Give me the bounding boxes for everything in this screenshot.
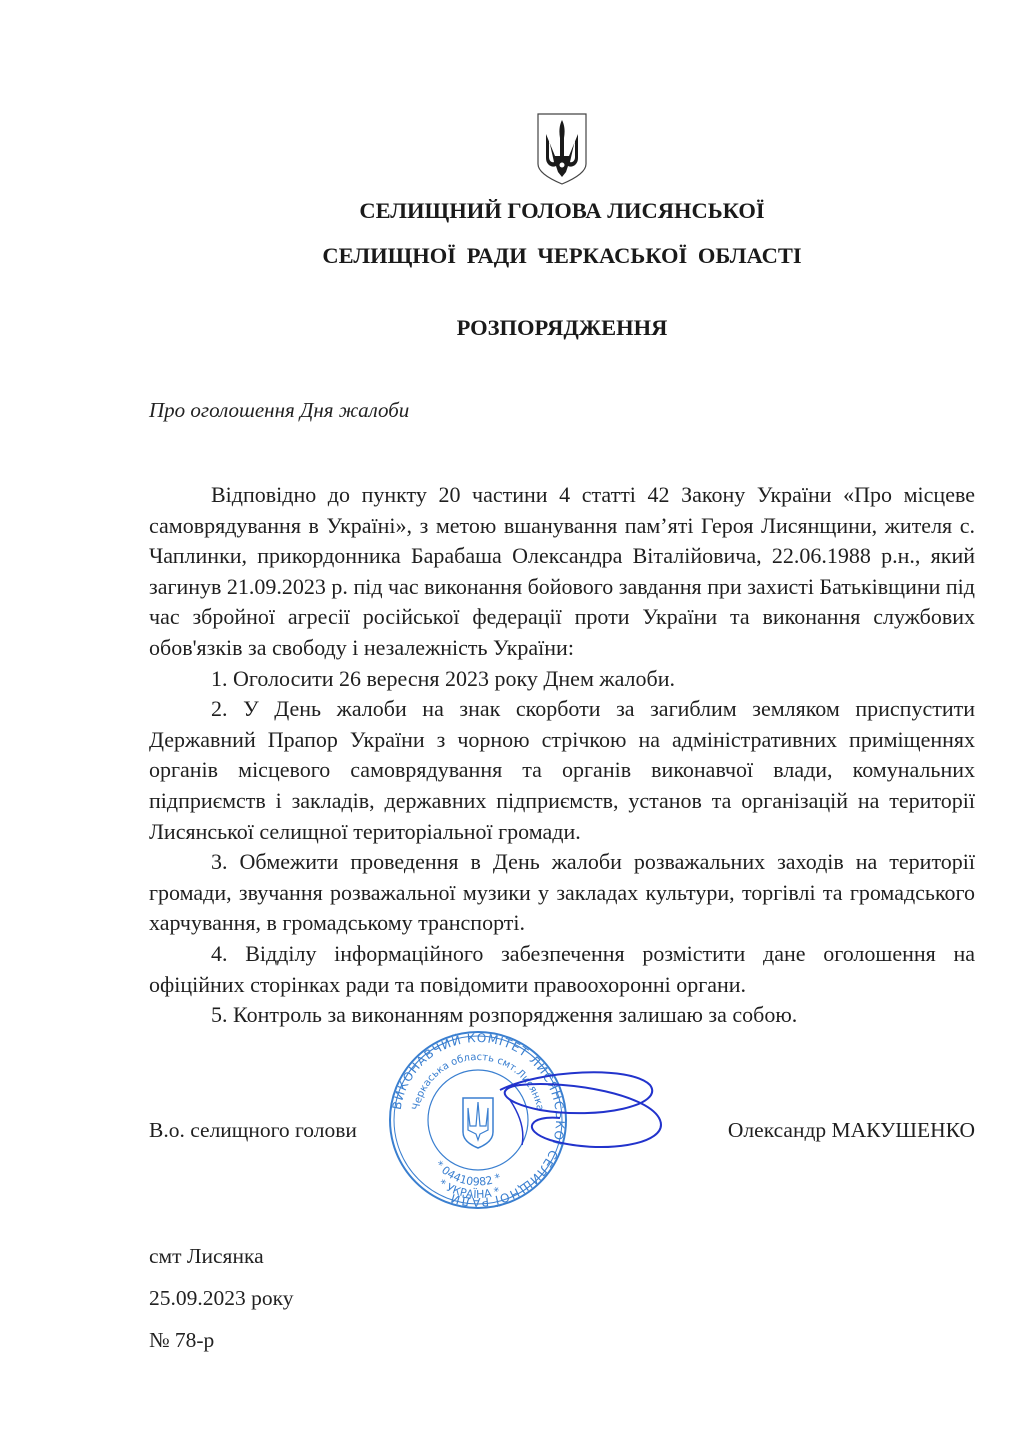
order-item-3: 3. Обмежити проведення в День жалоби роз… [149,847,975,939]
preamble-paragraph: Відповідно до пункту 20 частини 4 статті… [149,480,975,664]
document-number: № 78-р [149,1328,214,1353]
signatory-title: В.о. селищного голови [149,1118,357,1143]
document-subject: Про оголошення Дня жалоби [149,398,409,423]
document-place: смт Лисянка [149,1244,264,1269]
order-item-5: 5. Контроль за виконанням розпорядження … [149,1000,975,1031]
document-type-title: РОЗПОРЯДЖЕННЯ [0,315,1024,341]
document-date: 25.09.2023 року [149,1286,294,1311]
header-line-1: СЕЛИЩНИЙ ГОЛОВА ЛИСЯНСЬКОЇ [0,198,1024,224]
order-item-1: 1. Оголосити 26 вересня 2023 року Днем ж… [149,664,975,695]
order-item-2: 2. У День жалоби на знак скорботи за заг… [149,694,975,847]
handwritten-signature-icon [480,1060,680,1170]
trident-coat-of-arms-icon [534,110,590,186]
header-line-2: СЕЛИЩНОЇ РАДИ ЧЕРКАСЬКОЇ ОБЛАСТІ [0,243,1024,269]
order-item-4: 4. Відділу інформаційного забезпечення р… [149,939,975,1000]
document-body: Відповідно до пункту 20 частини 4 статті… [149,480,975,1031]
signatory-name: Олександр МАКУШЕНКО [728,1118,975,1143]
document-page: СЕЛИЩНИЙ ГОЛОВА ЛИСЯНСЬКОЇ СЕЛИЩНОЇ РАДИ… [0,0,1024,1448]
